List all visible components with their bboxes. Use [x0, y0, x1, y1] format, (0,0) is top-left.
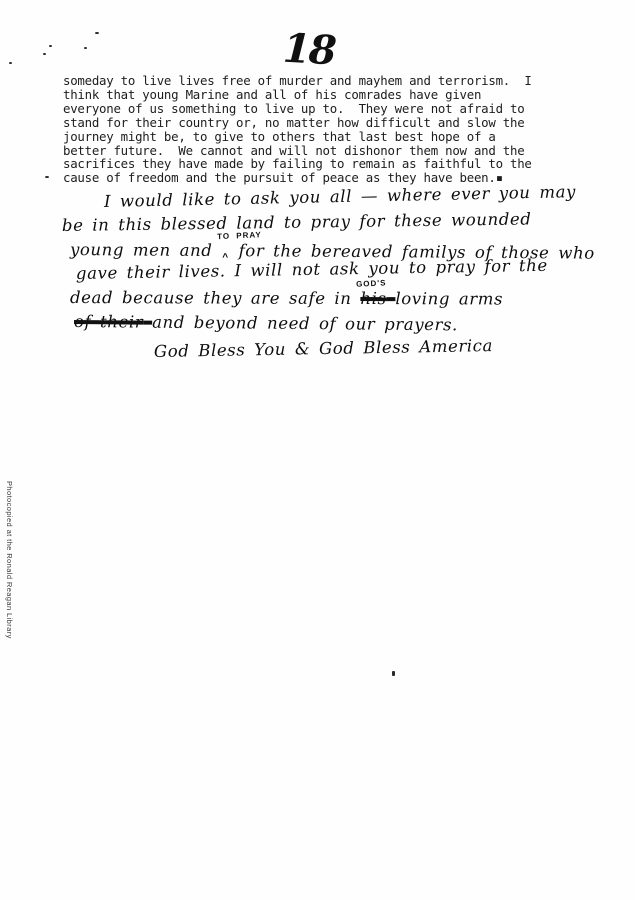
- handwritten-page-number: 18: [282, 25, 336, 75]
- insertion-point: TO PRAY ^: [221, 241, 230, 263]
- typed-line: everyone of us something to live up to. …: [63, 102, 603, 116]
- archive-stamp: Photocopied at the Ronald Reagan Library: [5, 481, 14, 659]
- scanned-document-page: 18 someday to live lives free of murder …: [0, 0, 635, 900]
- handwriting-text: dead because they are safe in: [70, 288, 360, 308]
- crossed-out-words: of their: [74, 312, 152, 332]
- crossed-out-word: GOD'S his: [360, 289, 395, 308]
- handwriting-text: and beyond need of our prayers.: [152, 313, 458, 335]
- handwriting-closing-line: God Bless You & God Bless America: [154, 335, 580, 368]
- typed-line: journey might be, to give to others that…: [63, 129, 603, 143]
- stray-period-mark: [45, 176, 49, 178]
- photocopy-speck: [84, 47, 87, 49]
- typed-line: stand for their country or, no matter ho…: [63, 116, 603, 130]
- photocopy-speck: [392, 671, 395, 676]
- photocopy-speck: [43, 53, 46, 55]
- typed-line: think that young Marine and all of his c…: [63, 88, 603, 102]
- handwriting-text: young men and: [70, 240, 213, 260]
- photocopy-speck: [95, 32, 99, 34]
- handwritten-note: I would like to ask you all — where ever…: [60, 192, 580, 368]
- typed-paragraph: someday to live lives free of murder and…: [63, 74, 603, 185]
- struck-text: his: [360, 289, 386, 308]
- struck-text: of their: [74, 312, 143, 332]
- photocopy-speck: [9, 62, 12, 64]
- photocopy-speck: [49, 45, 52, 47]
- inserted-text-gods: GOD'S: [356, 278, 387, 288]
- inserted-text-to-pray: TO PRAY: [217, 230, 262, 241]
- handwriting-text: loving arms: [395, 289, 503, 308]
- handwriting-line: dead because they are safe in GOD'S his …: [70, 288, 580, 314]
